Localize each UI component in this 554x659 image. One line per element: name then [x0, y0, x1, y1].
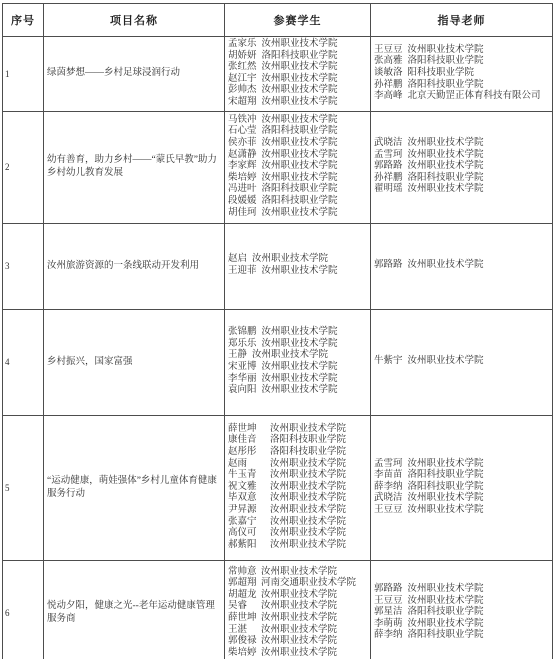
student-name: 赵彤彤 [228, 447, 268, 459]
student-name: 马铁冲 [228, 115, 257, 125]
student-line: 马铁冲汝州职业技术学院 [228, 115, 368, 127]
student-name: 王湛 [228, 625, 259, 637]
student-org: 洛阳科技职业学院 [270, 447, 346, 457]
student-name: 段媛媛 [228, 196, 257, 206]
student-org: 洛阳科技职业学院 [262, 196, 338, 206]
advisor-org: 洛阳科技职业学院 [408, 470, 484, 480]
student-org: 汝州职业技术学院 [262, 339, 338, 349]
student-line: 赵启汝州职业技术学院 [228, 254, 368, 266]
student-cell: 孟家乐汝州职业技术学院胡娇妍洛阳科技职业学院张红然汝州职业技术学院赵江宇汝州职业… [225, 37, 371, 112]
student-org: 洛阳科技职业学院 [262, 126, 338, 136]
student-org: 汝州职业技术学院 [262, 115, 338, 125]
student-org: 汝州职业技术学院 [262, 362, 338, 372]
student-line: 常帅意汝州职业技术学院 [228, 567, 368, 579]
advisor-line: 孟雪珂汝州职业技术学院 [374, 150, 550, 162]
student-line: 牛玉青汝州职业技术学院 [228, 470, 368, 482]
student-name: 柴培婷 [228, 648, 259, 659]
advisor-name: 孟雪珂 [374, 150, 403, 160]
student-name: 彭帅杰 [228, 85, 257, 95]
student-org: 汝州职业技术学院 [270, 424, 346, 434]
student-name: 薛世坤 [228, 613, 259, 625]
student-name: 牛玉青 [228, 470, 268, 482]
advisor-org: 洛阳科技职业学院 [408, 630, 484, 640]
advisor-cell: 孟雪珂汝州职业技术学院李苗苗洛阳科技职业学院薛李纳洛阳科技职业学院武晓洁汝州职业… [371, 415, 553, 560]
student-cell: 赵启汝州职业技术学院王迎菲汝州职业技术学院 [225, 223, 371, 309]
student-cell: 张锦鹏汝州职业技术学院郑乐乐汝州职业技术学院王静汝州职业技术学院宋亚博汝州职业技… [225, 309, 371, 415]
advisor-org: 汝州职业技术学院 [408, 505, 484, 515]
advisor-org: 洛阳科技职业学院 [408, 173, 484, 183]
student-org: 汝州职业技术学院 [252, 350, 328, 360]
advisor-org: 汝州职业技术学院 [408, 150, 484, 160]
advisor-line: 牛紫宇汝州职业技术学院 [374, 356, 550, 368]
advisor-line: 孙祥鹏洛阳科技职业学院 [374, 80, 550, 92]
advisor-org: 阳科技职业学院 [408, 68, 475, 78]
advisor-org: 北京天勤罡正体育科技有限公司 [408, 91, 541, 101]
advisor-org: 汝州职业技术学院 [408, 260, 484, 270]
student-line: 郭俊禄汝州职业技术学院 [228, 636, 368, 648]
advisor-name: 张高雅 [374, 56, 403, 66]
student-org: 汝州职业技术学院 [262, 266, 338, 276]
student-line: 赵江宇汝州职业技术学院 [228, 74, 368, 86]
advisor-org: 汝州职业技术学院 [408, 459, 484, 469]
student-line: 李家辉汝州职业技术学院 [228, 161, 368, 173]
project-name: 幼有善育，助力乡村——“蒙氏早教”助力乡村幼儿教育发展 [44, 111, 225, 223]
student-line: 康佳音洛阳科技职业学院 [228, 435, 368, 447]
student-org: 汝州职业技术学院 [262, 374, 338, 384]
advisor-line: 翟明瑶汝州职业技术学院 [374, 184, 550, 196]
student-name: 侯亦菲 [228, 138, 257, 148]
advisor-cell: 郭路路汝州职业技术学院王豆豆汝州职业技术学院郭星洁洛阳科技职业学院李萌萌汝州职业… [371, 560, 553, 659]
advisor-line: 王豆豆汝州职业技术学院 [374, 45, 550, 57]
student-name: 李华丽 [228, 374, 257, 384]
advisor-cell: 牛紫宇汝州职业技术学院 [371, 309, 553, 415]
student-org: 汝州职业技术学院 [261, 636, 337, 646]
student-line: 郭超翔河南交通职业技术学院 [228, 578, 368, 590]
student-org: 汝州职业技术学院 [270, 517, 346, 527]
project-name: 汝州旅游资源的一条线联动开发利用 [44, 223, 225, 309]
advisor-name: 谈敏洛 [374, 68, 403, 78]
advisor-line: 郭路路汝州职业技术学院 [374, 584, 550, 596]
advisor-line: 李高峰北京天勤罡正体育科技有限公司 [374, 91, 550, 103]
student-name: 石心莹 [228, 126, 257, 136]
student-name: 宋亚博 [228, 362, 257, 372]
student-line: 赵雨汝州职业技术学院 [228, 459, 368, 471]
advisor-line: 李苗苗洛阳科技职业学院 [374, 470, 550, 482]
advisor-org: 洛阳科技职业学院 [408, 80, 484, 90]
student-line: 赵彤彤洛阳科技职业学院 [228, 447, 368, 459]
project-name: 绿茵梦想——乡村足球浸润行动 [44, 37, 225, 112]
advisor-name: 牛紫宇 [374, 356, 403, 366]
student-org: 汝州职业技术学院 [262, 74, 338, 84]
student-name: 薛世坤 [228, 424, 268, 436]
student-line: 柴培婷汝州职业技术学院 [228, 648, 368, 659]
student-line: 王静汝州职业技术学院 [228, 350, 368, 362]
student-name: 尹昇源 [228, 505, 268, 517]
student-line: 毕双意汝州职业技术学院 [228, 493, 368, 505]
student-name: 郭超翔 [228, 578, 259, 590]
advisor-line: 薛李纳洛阳科技职业学院 [374, 482, 550, 494]
student-line: 段媛媛洛阳科技职业学院 [228, 196, 368, 208]
document-page: 序号 项目名称 参赛学生 指导老师 1绿茵梦想——乡村足球浸润行动孟家乐汝州职业… [0, 0, 554, 659]
student-name: 康佳音 [228, 435, 268, 447]
student-line: 侯亦菲汝州职业技术学院 [228, 138, 368, 150]
advisor-name: 李高峰 [374, 91, 403, 101]
student-name: 张锦鹏 [228, 327, 257, 337]
student-line: 孟家乐汝州职业技术学院 [228, 39, 368, 51]
student-name: 赵启 [228, 254, 247, 264]
student-line: 胡超龙汝州职业技术学院 [228, 590, 368, 602]
student-org: 汝州职业技术学院 [262, 327, 338, 337]
advisor-name: 郭路路 [374, 584, 403, 594]
student-org: 汝州职业技术学院 [262, 62, 338, 72]
student-name: 胡超龙 [228, 590, 259, 602]
student-name: 柴培婷 [228, 173, 257, 183]
student-org: 汝州职业技术学院 [262, 208, 338, 218]
student-line: 祝文雅汝州职业技术学院 [228, 482, 368, 494]
student-name: 王静 [228, 350, 247, 360]
student-line: 张红然汝州职业技术学院 [228, 62, 368, 74]
advisor-name: 孟雪珂 [374, 459, 403, 469]
advisor-line: 孟雪珂汝州职业技术学院 [374, 459, 550, 471]
student-line: 石心莹洛阳科技职业学院 [228, 126, 368, 138]
project-name: 悦动夕阳，健康之光--老年运动健康管理服务商 [44, 560, 225, 659]
advisor-name: 武晓洁 [374, 138, 403, 148]
advisor-org: 汝州职业技术学院 [408, 596, 484, 606]
advisor-line: 郭路路汝州职业技术学院 [374, 161, 550, 173]
student-name: 郑乐乐 [228, 339, 257, 349]
student-cell: 常帅意汝州职业技术学院郭超翔河南交通职业技术学院胡超龙汝州职业技术学院吴睿汝州职… [225, 560, 371, 659]
advisor-name: 王豆豆 [374, 45, 403, 55]
student-line: 吴睿汝州职业技术学院 [228, 601, 368, 613]
advisor-name: 郭星洁 [374, 607, 403, 617]
student-name: 宋超翔 [228, 97, 257, 107]
table-row: 6悦动夕阳，健康之光--老年运动健康管理服务商常帅意汝州职业技术学院郭超翔河南交… [3, 560, 553, 659]
project-name: 乡村振兴，国家富强 [44, 309, 225, 415]
student-name: 高仪可 [228, 528, 268, 540]
student-org: 洛阳科技职业学院 [270, 435, 346, 445]
advisor-name: 翟明瑶 [374, 184, 403, 194]
advisor-line: 武晓洁汝州职业技术学院 [374, 138, 550, 150]
advisor-name: 郭路路 [374, 260, 403, 270]
student-org: 汝州职业技术学院 [270, 470, 346, 480]
student-name: 郭俊禄 [228, 636, 259, 648]
student-line: 张嘉宁汝州职业技术学院 [228, 517, 368, 529]
student-name: 祝文雅 [228, 482, 268, 494]
advisor-cell: 郭路路汝州职业技术学院 [371, 223, 553, 309]
student-line: 赵潇静汝州职业技术学院 [228, 150, 368, 162]
advisor-name: 王豆豆 [374, 505, 403, 515]
student-org: 汝州职业技术学院 [261, 613, 337, 623]
row-serial-number: 5 [3, 415, 44, 560]
student-org: 汝州职业技术学院 [261, 648, 337, 658]
advisor-line: 李萌萌汝州职业技术学院 [374, 619, 550, 631]
row-serial-number: 6 [3, 560, 44, 659]
project-name: “运动健康，萌娃强体”乡村儿童体育健康服务行动 [44, 415, 225, 560]
student-org: 汝州职业技术学院 [270, 540, 346, 550]
student-org: 汝州职业技术学院 [262, 150, 338, 160]
student-name: 张嘉宁 [228, 517, 268, 529]
student-line: 王迎菲汝州职业技术学院 [228, 266, 368, 278]
student-line: 彭帅杰汝州职业技术学院 [228, 85, 368, 97]
advisor-name: 孙祥鹏 [374, 80, 403, 90]
advisor-line: 郭路路汝州职业技术学院 [374, 260, 550, 272]
table-row: 5“运动健康，萌娃强体”乡村儿童体育健康服务行动薛世坤汝州职业技术学院康佳音洛阳… [3, 415, 553, 560]
student-name: 赵江宇 [228, 74, 257, 84]
student-name: 毕双意 [228, 493, 268, 505]
student-line: 薛世坤汝州职业技术学院 [228, 613, 368, 625]
advisor-org: 汝州职业技术学院 [408, 161, 484, 171]
student-name: 吴睿 [228, 601, 259, 613]
advisor-cell: 王豆豆汝州职业技术学院张高雅洛阳科技职业学院谈敏洛阳科技职业学院孙祥鹏洛阳科技职… [371, 37, 553, 112]
student-org: 汝州职业技术学院 [262, 161, 338, 171]
student-org: 洛阳科技职业学院 [262, 51, 338, 61]
row-serial-number: 2 [3, 111, 44, 223]
student-org: 汝州职业技术学院 [261, 601, 337, 611]
advisor-org: 汝州职业技术学院 [408, 493, 484, 503]
row-serial-number: 1 [3, 37, 44, 112]
student-name: 胡佳珂 [228, 208, 257, 218]
student-name: 孟家乐 [228, 39, 257, 49]
student-org: 汝州职业技术学院 [262, 97, 338, 107]
student-org: 汝州职业技术学院 [270, 482, 346, 492]
advisor-org: 汝州职业技术学院 [408, 356, 484, 366]
student-line: 高仪可汝州职业技术学院 [228, 528, 368, 540]
student-org: 汝州职业技术学院 [262, 385, 338, 395]
advisor-name: 李萌萌 [374, 619, 403, 629]
student-org: 汝州职业技术学院 [270, 505, 346, 515]
student-org: 汝州职业技术学院 [261, 625, 337, 635]
student-org: 汝州职业技术学院 [270, 493, 346, 503]
student-line: 李华丽汝州职业技术学院 [228, 374, 368, 386]
student-name: 胡娇妍 [228, 51, 257, 61]
advisor-line: 谈敏洛阳科技职业学院 [374, 68, 550, 80]
student-cell: 马铁冲汝州职业技术学院石心莹洛阳科技职业学院侯亦菲汝州职业技术学院赵潇静汝州职业… [225, 111, 371, 223]
student-line: 张锦鹏汝州职业技术学院 [228, 327, 368, 339]
student-line: 宋亚博汝州职业技术学院 [228, 362, 368, 374]
advisor-org: 汝州职业技术学院 [408, 138, 484, 148]
student-line: 尹昇源汝州职业技术学院 [228, 505, 368, 517]
table-row: 4乡村振兴，国家富强张锦鹏汝州职业技术学院郑乐乐汝州职业技术学院王静汝州职业技术… [3, 309, 553, 415]
advisor-org: 汝州职业技术学院 [408, 45, 484, 55]
header-row: 序号 项目名称 参赛学生 指导老师 [3, 4, 553, 37]
advisor-name: 薛李纳 [374, 630, 403, 640]
student-line: 宋超翔汝州职业技术学院 [228, 97, 368, 109]
advisor-line: 王豆豆汝州职业技术学院 [374, 505, 550, 517]
row-serial-number: 3 [3, 223, 44, 309]
student-cell: 薛世坤汝州职业技术学院康佳音洛阳科技职业学院赵彤彤洛阳科技职业学院赵雨汝州职业技… [225, 415, 371, 560]
col-header-advisors: 指导老师 [371, 4, 553, 37]
advisor-org: 汝州职业技术学院 [408, 619, 484, 629]
student-name: 张红然 [228, 62, 257, 72]
advisor-name: 王豆豆 [374, 596, 403, 606]
student-org: 河南交通职业技术学院 [261, 578, 356, 588]
table-row: 3汝州旅游资源的一条线联动开发利用赵启汝州职业技术学院王迎菲汝州职业技术学院郭路… [3, 223, 553, 309]
student-line: 薛世坤汝州职业技术学院 [228, 424, 368, 436]
student-name: 袁向阳 [228, 385, 257, 395]
student-org: 洛阳科技职业学院 [262, 184, 338, 194]
student-line: 王湛汝州职业技术学院 [228, 625, 368, 637]
advisor-org: 汝州职业技术学院 [408, 584, 484, 594]
student-name: 冯进叶 [228, 184, 257, 194]
row-serial-number: 4 [3, 309, 44, 415]
student-line: 郝紫阳汝州职业技术学院 [228, 540, 368, 552]
table-row: 2幼有善育，助力乡村——“蒙氏早教”助力乡村幼儿教育发展马铁冲汝州职业技术学院石… [3, 111, 553, 223]
advisor-org: 洛阳科技职业学院 [408, 56, 484, 66]
advisor-org: 洛阳科技职业学院 [408, 607, 484, 617]
advisor-line: 武晓洁汝州职业技术学院 [374, 493, 550, 505]
advisor-line: 孙祥鹏洛阳科技职业学院 [374, 173, 550, 185]
projects-table: 序号 项目名称 参赛学生 指导老师 1绿茵梦想——乡村足球浸润行动孟家乐汝州职业… [2, 3, 553, 659]
advisor-name: 郭路路 [374, 161, 403, 171]
student-org: 汝州职业技术学院 [270, 528, 346, 538]
student-line: 胡娇妍洛阳科技职业学院 [228, 51, 368, 63]
col-header-serial: 序号 [3, 4, 44, 37]
student-org: 汝州职业技术学院 [270, 459, 346, 469]
student-org: 汝州职业技术学院 [261, 567, 337, 577]
student-org: 汝州职业技术学院 [262, 138, 338, 148]
advisor-line: 薛李纳洛阳科技职业学院 [374, 630, 550, 642]
student-line: 郑乐乐汝州职业技术学院 [228, 339, 368, 351]
student-name: 李家辉 [228, 161, 257, 171]
advisor-name: 李苗苗 [374, 470, 403, 480]
student-name: 赵潇静 [228, 150, 257, 160]
student-name: 郝紫阳 [228, 540, 268, 552]
advisor-line: 郭星洁洛阳科技职业学院 [374, 607, 550, 619]
student-line: 袁向阳汝州职业技术学院 [228, 385, 368, 397]
student-org: 汝州职业技术学院 [262, 39, 338, 49]
student-org: 汝州职业技术学院 [262, 173, 338, 183]
advisor-line: 张高雅洛阳科技职业学院 [374, 56, 550, 68]
col-header-project-name: 项目名称 [44, 4, 225, 37]
advisor-line: 王豆豆汝州职业技术学院 [374, 596, 550, 608]
student-name: 赵雨 [228, 459, 268, 471]
student-line: 胡佳珂汝州职业技术学院 [228, 208, 368, 220]
advisor-name: 孙祥鹏 [374, 173, 403, 183]
student-org: 汝州职业技术学院 [261, 590, 337, 600]
col-header-students: 参赛学生 [225, 4, 371, 37]
student-name: 王迎菲 [228, 266, 257, 276]
student-line: 冯进叶洛阳科技职业学院 [228, 184, 368, 196]
student-name: 常帅意 [228, 567, 259, 579]
student-org: 汝州职业技术学院 [262, 85, 338, 95]
advisor-org: 汝州职业技术学院 [408, 184, 484, 194]
student-org: 汝州职业技术学院 [252, 254, 328, 264]
advisor-name: 武晓洁 [374, 493, 403, 503]
advisor-org: 洛阳科技职业学院 [408, 482, 484, 492]
advisor-cell: 武晓洁汝州职业技术学院孟雪珂汝州职业技术学院郭路路汝州职业技术学院孙祥鹏洛阳科技… [371, 111, 553, 223]
student-line: 柴培婷汝州职业技术学院 [228, 173, 368, 185]
table-row: 1绿茵梦想——乡村足球浸润行动孟家乐汝州职业技术学院胡娇妍洛阳科技职业学院张红然… [3, 37, 553, 112]
advisor-name: 薛李纳 [374, 482, 403, 492]
